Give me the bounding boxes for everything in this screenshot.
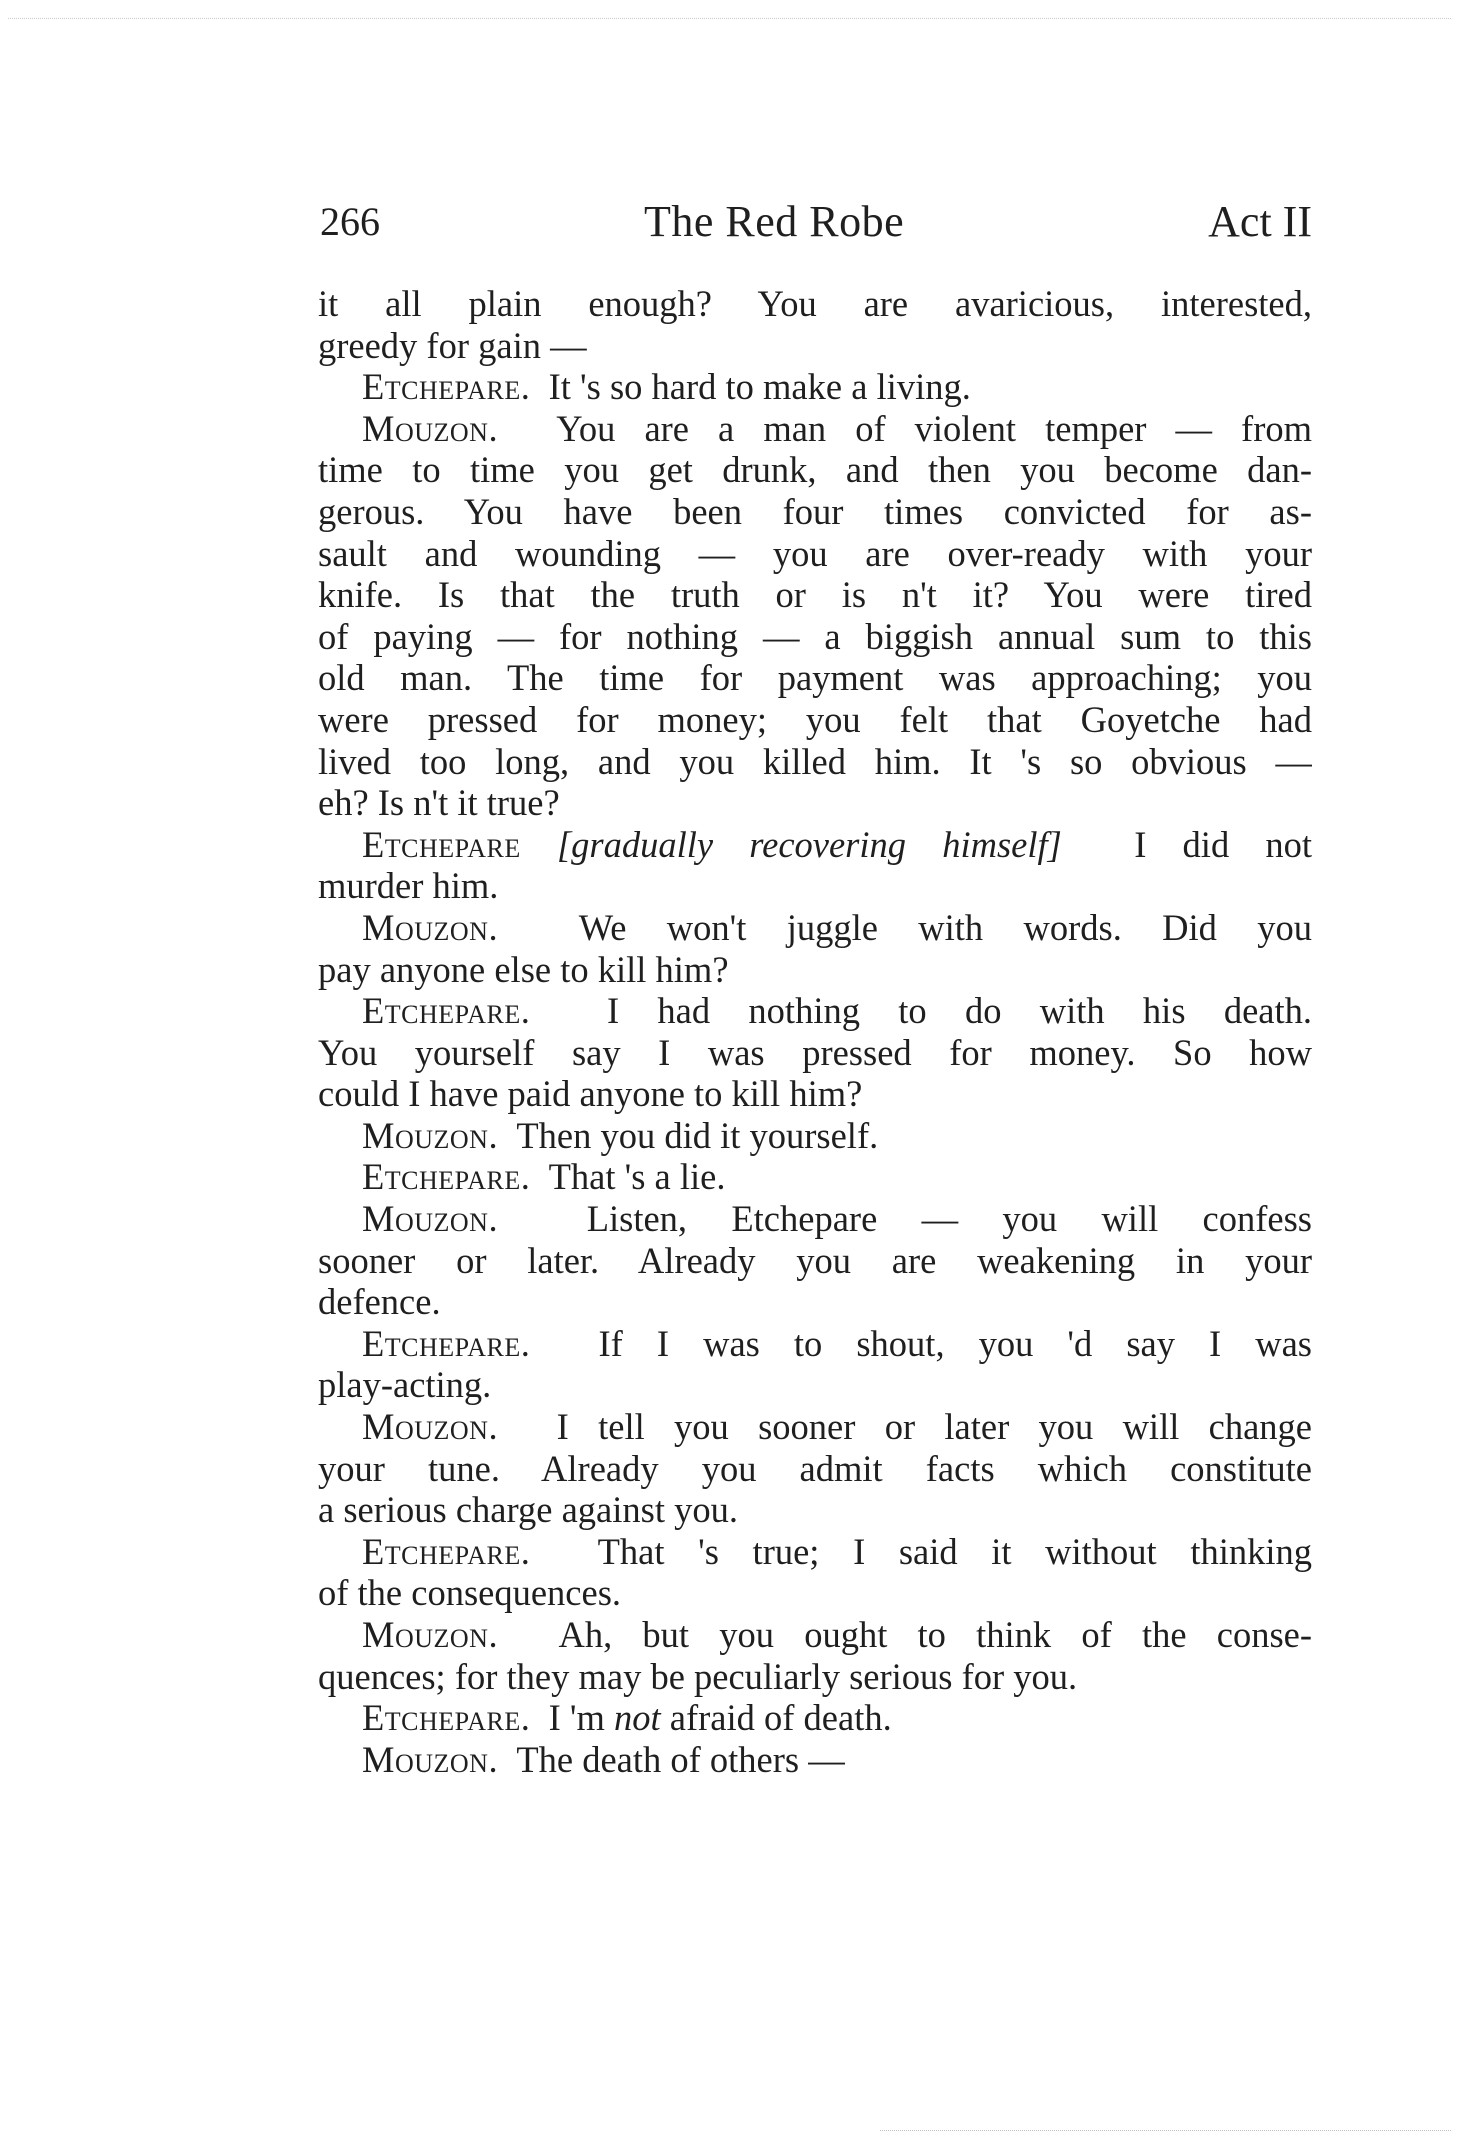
scan-edge-bottom xyxy=(880,2130,1451,2133)
book-title: The Red Robe xyxy=(644,196,904,248)
act-label: Act II xyxy=(1208,196,1312,248)
speaker-name: Mouzon. xyxy=(362,1198,498,1239)
text-line: your tune. Already you admit facts which… xyxy=(318,1448,1312,1490)
dialogue-line: Etchepare. If I was to shout, you 'd say… xyxy=(318,1323,1312,1365)
text-line: defence. xyxy=(318,1281,1312,1323)
text-line: sault and wounding — you are over-ready … xyxy=(318,533,1312,575)
dialogue-line: Mouzon. You are a man of violent temper … xyxy=(318,408,1312,450)
speaker-name: Mouzon. xyxy=(362,1739,498,1780)
dialogue-line: Mouzon. Then you did it yourself. xyxy=(318,1115,1312,1157)
text-line: of paying — for nothing — a biggish annu… xyxy=(318,616,1312,658)
text-line: were pressed for money; you felt that Go… xyxy=(318,699,1312,741)
text-line: knife. Is that the truth or is n't it? Y… xyxy=(318,574,1312,616)
dialogue-line: Etchepare [gradually recovering himself]… xyxy=(318,824,1312,866)
text-line: gerous. You have been four times convict… xyxy=(318,491,1312,533)
text-line: You yourself say I was pressed for money… xyxy=(318,1032,1312,1074)
dialogue-line: Mouzon. Ah, but you ought to think of th… xyxy=(318,1614,1312,1656)
dialogue-line: Mouzon. We won't juggle with words. Did … xyxy=(318,907,1312,949)
text-line: time to time you get drunk, and then you… xyxy=(318,449,1312,491)
text-line: of the consequences. xyxy=(318,1572,1312,1614)
scan-edge-top xyxy=(8,18,1451,21)
text-line: a serious charge against you. xyxy=(318,1489,1312,1531)
text-line: quences; for they may be peculiarly seri… xyxy=(318,1656,1312,1698)
running-head: 266 The Red Robe Act II xyxy=(318,196,1312,248)
emphasis: not xyxy=(614,1697,661,1738)
text-line: eh? Is n't it true? xyxy=(318,782,1312,824)
speaker-name: Etchepare. xyxy=(362,1531,530,1572)
text-line: play-acting. xyxy=(318,1364,1312,1406)
dialogue-line: Etchepare. That 's a lie. xyxy=(318,1156,1312,1198)
stage-direction: [gradually recovering himself] xyxy=(557,824,1062,865)
speaker-name: Etchepare. xyxy=(362,990,530,1031)
text-line: old man. The time for payment was approa… xyxy=(318,657,1312,699)
page-number: 266 xyxy=(320,196,380,248)
speaker-name: Mouzon. xyxy=(362,408,498,449)
dialogue-line: Etchepare. I had nothing to do with his … xyxy=(318,990,1312,1032)
speaker-name: Mouzon. xyxy=(362,907,498,948)
dialogue-line: Mouzon. The death of others — xyxy=(318,1739,1312,1781)
text-line: it all plain enough? You are avaricious,… xyxy=(318,283,1312,325)
text-line: could I have paid anyone to kill him? xyxy=(318,1073,1312,1115)
text-line: greedy for gain — xyxy=(318,325,1312,367)
text-line: lived too long, and you killed him. It '… xyxy=(318,741,1312,783)
text-line: sooner or later. Already you are weakeni… xyxy=(318,1240,1312,1282)
dialogue-line: Etchepare. That 's true; I said it witho… xyxy=(318,1531,1312,1573)
text-line: murder him. xyxy=(318,865,1312,907)
speaker-name: Etchepare. xyxy=(362,1323,530,1364)
text-line: pay anyone else to kill him? xyxy=(318,949,1312,991)
speaker-name: Mouzon. xyxy=(362,1614,498,1655)
speaker-name: Mouzon. xyxy=(362,1115,498,1156)
dialogue-line: Etchepare. It 's so hard to make a livin… xyxy=(318,366,1312,408)
dialogue-line: Mouzon. Listen, Etchepare — you will con… xyxy=(318,1198,1312,1240)
dialogue-line: Mouzon. I tell you sooner or later you w… xyxy=(318,1406,1312,1448)
speaker-name: Etchepare. xyxy=(362,366,530,407)
dialogue-line: Etchepare. I 'm not afraid of death. xyxy=(318,1697,1312,1739)
speaker-name: Etchepare. xyxy=(362,1156,530,1197)
speaker-name: Etchepare xyxy=(362,824,521,865)
speaker-name: Etchepare. xyxy=(362,1697,530,1738)
speaker-name: Mouzon. xyxy=(362,1406,498,1447)
page-body: it all plain enough? You are avaricious,… xyxy=(318,283,1312,1780)
